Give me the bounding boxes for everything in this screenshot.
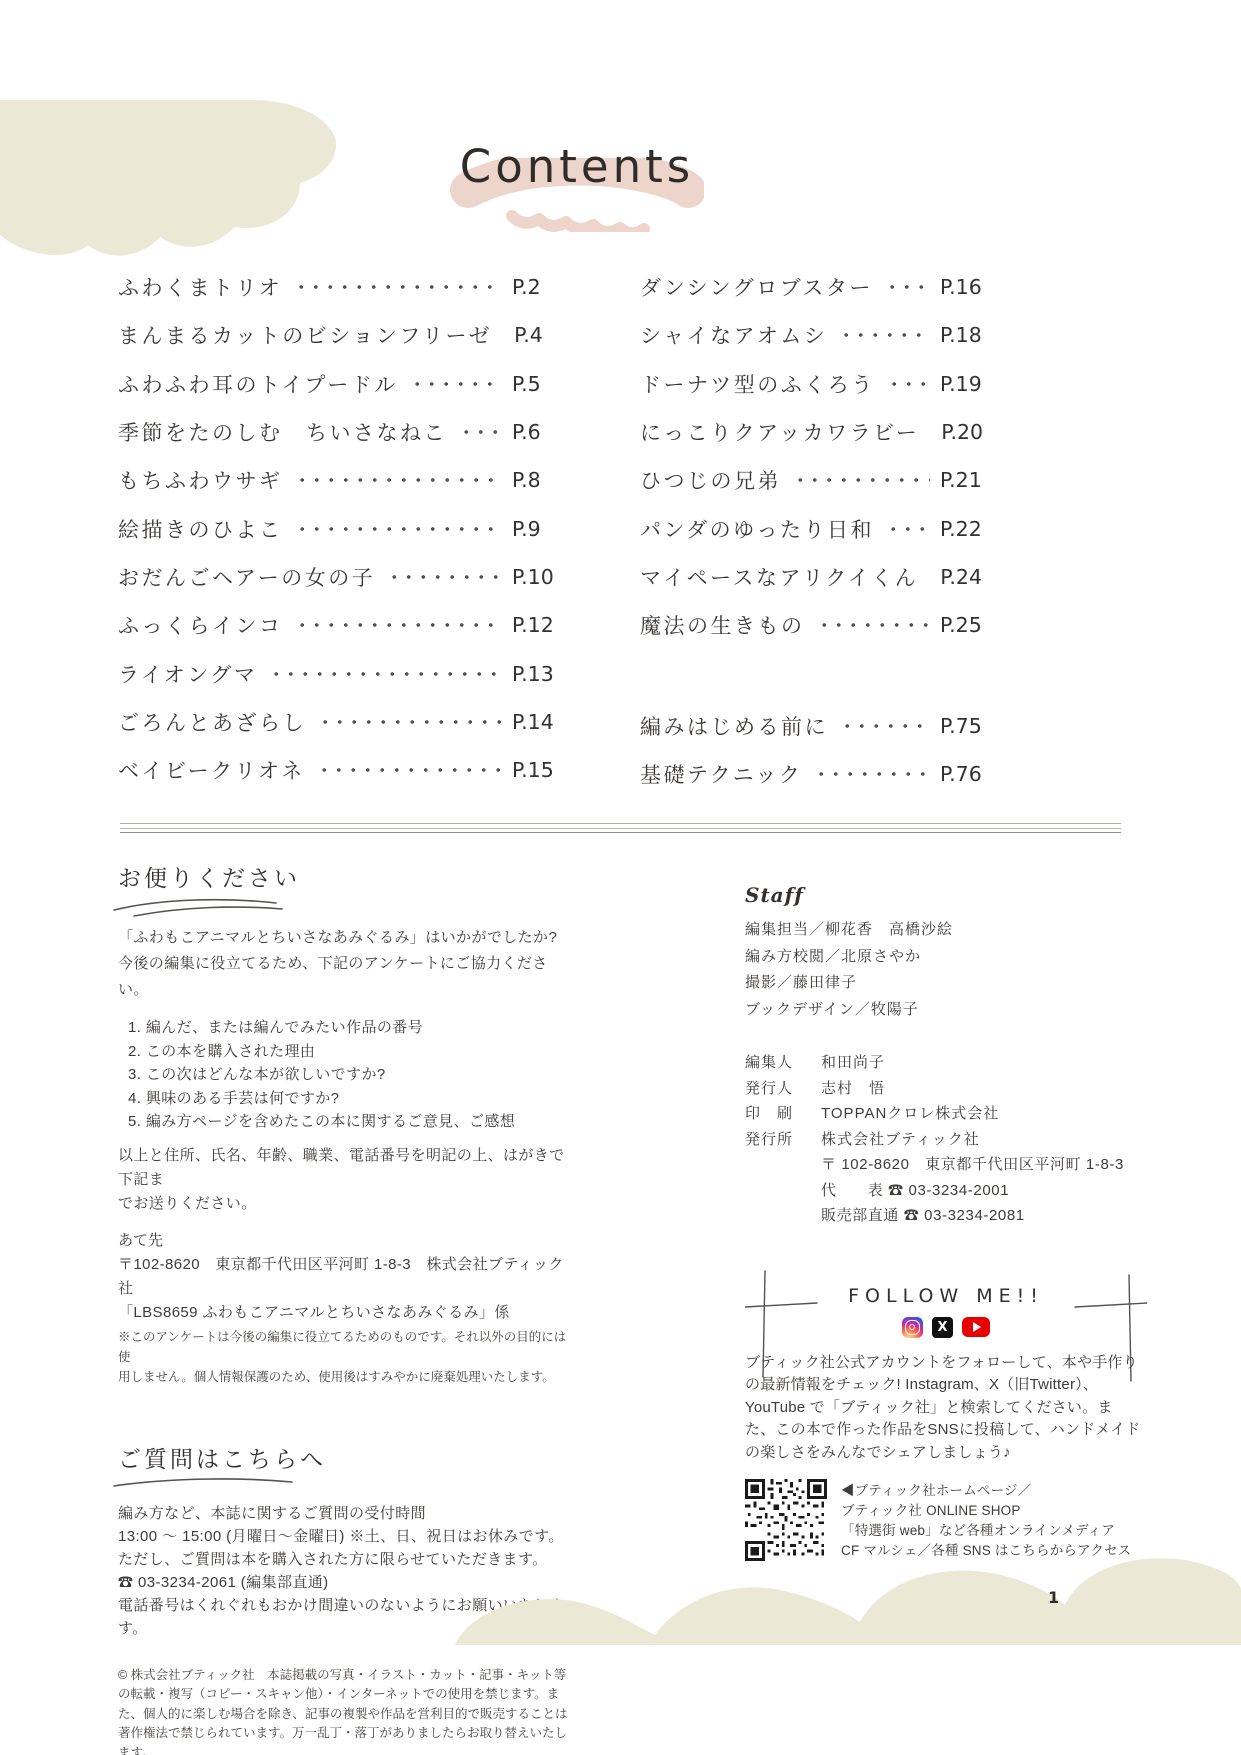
toc-entry: マイペースなアリクイくんP.24 [640, 553, 998, 601]
toc-entry-page: P.75 [940, 714, 998, 738]
publisher-address: 〒 102-8620 東京都千代田区平河町 1-8-3 [821, 1152, 1147, 1178]
toc-entry-page: P.13 [512, 662, 570, 686]
publishing-value: TOPPANクロレ株式会社 [821, 1101, 1147, 1127]
page-title: Contents [452, 140, 702, 193]
toc-entry: 編みはじめる前にP.75 [640, 701, 998, 749]
dotted-leader [459, 422, 502, 442]
toc-entry-page: P.25 [940, 613, 998, 637]
toc-entry: 絵描きのひよこP.9 [118, 504, 570, 552]
toc-entry: ひつじの兄弟P.21 [640, 456, 998, 504]
toc-entry: もちふわウサギP.8 [118, 456, 570, 504]
toc-entry-title: にっこりクアッカワラビー [640, 417, 919, 447]
copyright-notice: © 株式会社ブティック社 本誌掲載の写真・イラスト・カット・記事・キット等の転載… [118, 1666, 574, 1755]
toc-entry-title: ドーナツ型のふくろう [640, 369, 875, 399]
dotted-leader [318, 712, 502, 732]
toc-entry: おだんごヘアーの女の子P.10 [118, 553, 570, 601]
toc-entry-page: P.16 [940, 275, 998, 299]
staff-credit-line: 編み方校閲／北原さやか [745, 944, 1147, 971]
follow-me-section: FOLLOW ME!! X ブティック社公式アカウントをフォローして、本や手作り… [745, 1271, 1147, 1562]
toc-entry: ふっくらインコP.12 [118, 601, 570, 649]
toc-entry-page: P.22 [940, 517, 998, 541]
toc-entry-page: P.24 [940, 565, 998, 589]
dotted-leader [269, 664, 502, 684]
toc-entry: 基礎テクニックP.76 [640, 750, 998, 798]
toc-entry-page: P.18 [940, 323, 998, 347]
toc-entry-title: 季節をたのしむ ちいさなねこ [118, 417, 447, 447]
toc-entry-title: ふわふわ耳のトイプードル [118, 369, 398, 399]
dotted-leader [317, 760, 502, 780]
survey-item: 5. 編み方ページを含めたこの本に関するご意見、ご感想 [128, 1110, 574, 1134]
toc-entry: にっこりクアッカワラビーP.20 [640, 408, 998, 456]
dotted-leader [295, 470, 503, 490]
toc-entry-title: まんまるカットのビションフリーゼ [118, 320, 492, 350]
folio-page-number: 1 [1048, 1588, 1059, 1607]
hand-underline-decoration [108, 895, 288, 917]
publishing-value: 和田尚子 [821, 1050, 1147, 1076]
toc-entry: 季節をたのしむ ちいさなねこP.6 [118, 408, 570, 456]
toc-entry: ふわふわ耳のトイプードルP.5 [118, 360, 570, 408]
dotted-leader [410, 374, 502, 394]
staff-credit-line: 撮影／藤田律子 [745, 970, 1147, 997]
cloud-decoration-bottom [440, 1545, 1241, 1645]
toc-entry-page: P.19 [940, 372, 998, 396]
toc-left-column: ふわくまトリオP.2 まんまるカットのビションフリーゼP.4 ふわふわ耳のトイプ… [118, 263, 570, 794]
toc-entry-title: 編みはじめる前に [640, 711, 828, 741]
youtube-icon [962, 1317, 990, 1337]
dotted-leader [839, 325, 930, 345]
survey-item: 4. 興味のある手芸は何ですか? [128, 1087, 574, 1111]
toc-entry: ごろんとあざらしP.14 [118, 698, 570, 746]
dotted-leader [295, 615, 503, 635]
dotted-leader [294, 277, 502, 297]
address-heading: あて先 [118, 1229, 574, 1253]
toc-entry-page: P.12 [512, 613, 570, 637]
privacy-note-line: ※このアンケートは今後の編集に役立てるためのものです。それ以外の目的には使 [118, 1327, 574, 1367]
dotted-leader [885, 277, 930, 297]
survey-item: 1. 編んだ、または編んでみたい作品の番号 [128, 1016, 574, 1040]
toc-entry: まんまるカットのビションフリーゼP.4 [118, 311, 570, 359]
toc-entry-page: P.9 [512, 517, 570, 541]
toc-entry-page: P.21 [940, 468, 998, 492]
staff-credit-line: ブックデザイン／牧陽子 [745, 997, 1147, 1024]
question-info-line: 編み方など、本誌に関するご質問の受付時間 [118, 1502, 574, 1525]
toc-entry-page: P.8 [512, 468, 570, 492]
toc-entry: 魔法の生きものP.25 [640, 601, 998, 649]
toc-entry-title: 基礎テクニック [640, 759, 802, 789]
feedback-intro-line: 今後の編集に役立てるため、下記のアンケートにご協力ください。 [118, 951, 574, 1003]
survey-item: 2. この本を購入された理由 [128, 1040, 574, 1064]
toc-entry-page: P.14 [512, 710, 570, 734]
toc-entry: シャイなアオムシP.18 [640, 311, 998, 359]
hand-underline-decoration [108, 1476, 298, 1490]
dotted-leader [887, 374, 930, 394]
address-line: 「LBS8659 ふわもこアニマルとちいさなあみぐるみ」係 [118, 1301, 574, 1325]
toc-entry-page: P.2 [512, 275, 570, 299]
toc-entry-title: ダンシングロブスター [640, 272, 873, 302]
dotted-leader [793, 470, 930, 490]
toc-entry-title: ふわくまトリオ [118, 272, 282, 302]
toc-entry-page: P.15 [512, 758, 570, 782]
toc-entry: ふわくまトリオP.2 [118, 263, 570, 311]
toc-entry-title: ごろんとあざらし [118, 707, 306, 737]
toc-entry-page: P.4 [514, 323, 572, 347]
dotted-leader [814, 764, 930, 784]
toc-entry: パンダのゆったり日和P.22 [640, 504, 998, 552]
publishing-label: 編集人 [745, 1050, 807, 1076]
toc-entry-title: ライオングマ [118, 659, 257, 689]
toc-entry-title: おだんごヘアーの女の子 [118, 562, 375, 592]
feedback-outro-line: 以上と住所、氏名、年齢、職業、電話番号を明記の上、はがきで下記ま [118, 1144, 574, 1192]
toc-entry: ダンシングロブスターP.16 [640, 263, 998, 311]
publisher-phone-sales: 販売部直通 ☎ 03-3234-2081 [821, 1203, 1147, 1229]
publishing-label: 発行所 [745, 1127, 807, 1153]
privacy-note-line: 用しません。個人情報保護のため、使用後はすみやかに廃棄処理いたします。 [118, 1367, 574, 1387]
publishing-info: 編集人和田尚子 発行人志村 悟 印 刷TOPPANクロレ株式会社 発行所株式会社… [745, 1050, 1147, 1152]
toc-entry-title: ふっくらインコ [118, 610, 283, 640]
toc-entry-page: P.10 [512, 565, 570, 589]
qr-caption-line: 「特選街 web」など各種オンラインメディア [841, 1521, 1132, 1541]
toc-entry-title: マイペースなアリクイくん [640, 562, 918, 592]
address-line: 〒102-8620 東京都千代田区平河町 1-8-3 株式会社ブティック社 [118, 1253, 574, 1301]
staff-credit-line: 編集担当／柳花香 高橋沙絵 [745, 917, 1147, 944]
toc-entry-title: 魔法の生きもの [640, 610, 805, 640]
dotted-leader [387, 567, 502, 587]
dotted-leader [817, 615, 931, 635]
dotted-leader [840, 716, 930, 736]
crop-mark-decoration [745, 1265, 1147, 1383]
publisher-phone-main: 代 表 ☎ 03-3234-2001 [821, 1178, 1147, 1204]
staff-publisher-section: Staff 編集担当／柳花香 高橋沙絵 編み方校閲／北原さやか 撮影／藤田律子 … [745, 883, 1147, 1561]
publishing-value: 株式会社ブティック社 [821, 1127, 1147, 1153]
qr-caption-line: ブティック社 ONLINE SHOP [841, 1501, 1132, 1521]
dotted-leader [886, 519, 930, 539]
qr-caption-line: ◀ブティック社ホームページ／ [841, 1481, 1132, 1501]
toc-entry-title: 絵描きのひよこ [118, 514, 283, 544]
toc-right-column: ダンシングロブスターP.16 シャイなアオムシP.18 ドーナツ型のふくろうP.… [640, 263, 998, 798]
toc-entry-title: シャイなアオムシ [640, 320, 827, 350]
publishing-label: 印 刷 [745, 1101, 807, 1127]
feedback-intro-line: 「ふわもこアニマルとちいさなあみぐるみ」はいかがでしたか? [118, 925, 574, 951]
staff-heading: Staff [745, 883, 1147, 907]
survey-question-list: 1. 編んだ、または編んでみたい作品の番号 2. この本を購入された理由 3. … [118, 1016, 574, 1134]
toc-entry-page: P.20 [941, 420, 999, 444]
toc-entry-title: ベイビークリオネ [118, 755, 305, 785]
toc-entry-title: もちふわウサギ [118, 465, 283, 495]
toc-entry-title: ひつじの兄弟 [640, 465, 781, 495]
section-divider [120, 823, 1121, 833]
toc-entry-page: P.5 [512, 372, 570, 396]
toc-entry-page: P.76 [940, 762, 998, 786]
contents-page: Contents ふわくまトリオP.2 まんまるカットのビションフリーゼP.4 … [0, 0, 1241, 1755]
instagram-icon [902, 1317, 923, 1338]
toc-entry-page: P.6 [512, 420, 570, 444]
feedback-outro-line: でお送りください。 [118, 1192, 574, 1216]
toc-entry: ドーナツ型のふくろうP.19 [640, 360, 998, 408]
toc-entry: ベイビークリオネP.15 [118, 746, 570, 794]
questions-heading: ご質問はこちらへ [118, 1441, 574, 1474]
publishing-label: 発行人 [745, 1076, 807, 1102]
survey-item: 3. この次はどんな本が欲しいですか? [128, 1063, 574, 1087]
cloud-decoration-top [0, 100, 345, 270]
feedback-heading: お便りください [118, 860, 574, 893]
toc-entry-title: パンダのゆったり日和 [640, 514, 874, 544]
dotted-leader [295, 519, 503, 539]
publishing-value: 志村 悟 [821, 1076, 1147, 1102]
toc-entry: ライオングマP.13 [118, 649, 570, 697]
